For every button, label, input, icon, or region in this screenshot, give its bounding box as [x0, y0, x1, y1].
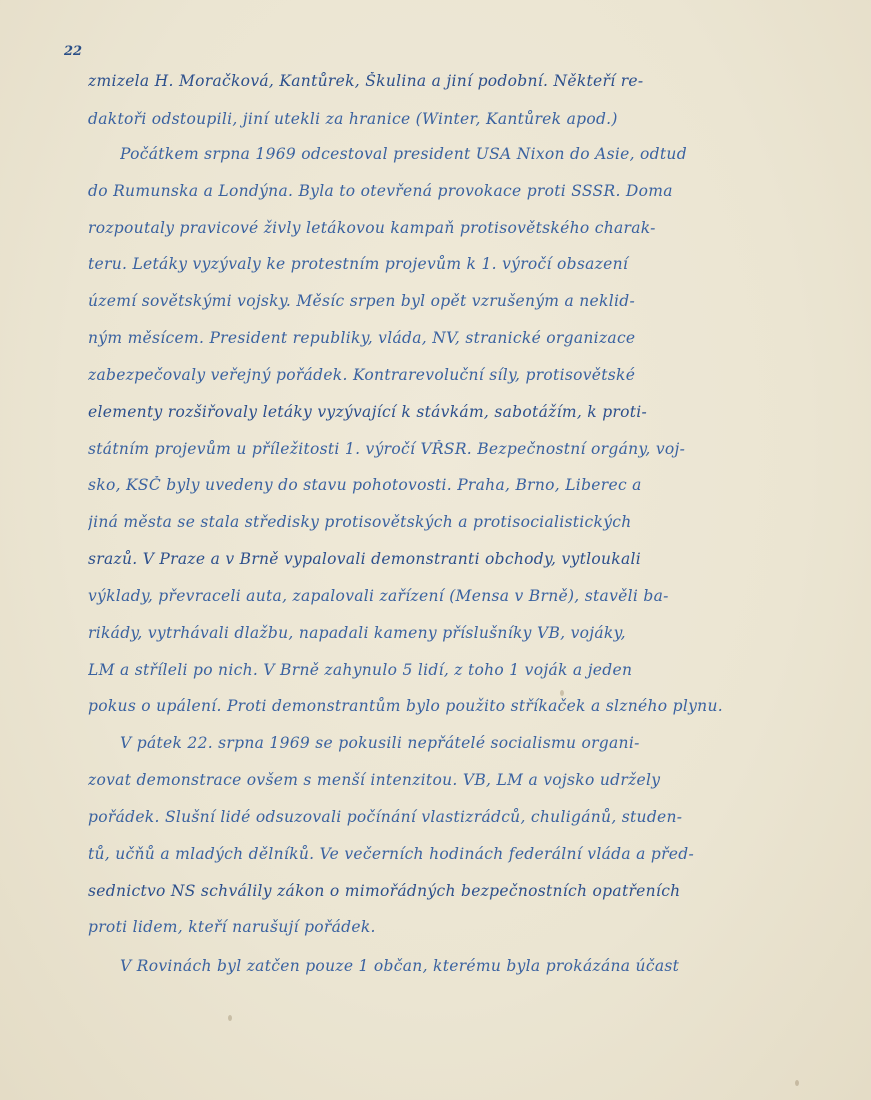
text-line-3: Počátkem srpna 1969 odcestoval president… [120, 145, 828, 163]
text-line-5: rozpoutaly pravicové živly letákovou kam… [88, 219, 828, 237]
text-line-22: tů, učňů a mladých dělníků. Ve večerních… [88, 845, 828, 863]
paper-smudge [228, 1015, 232, 1021]
text-line-16: rikády, vytrhávali dlažbu, napadali kame… [88, 624, 828, 642]
text-line-20: zovat demonstrace ovšem s menší intenzit… [88, 771, 828, 789]
page-number: 22 [64, 44, 82, 59]
text-line-18: pokus o upálení. Proti demonstrantům byl… [88, 697, 828, 715]
text-line-2: daktoři odstoupili, jiní utekli za hrani… [88, 110, 828, 128]
text-line-4: do Rumunska a Londýna. Byla to otevřená … [88, 182, 828, 200]
text-line-24: proti lidem, kteří narušují pořádek. [88, 918, 828, 936]
text-line-11: státním projevům u příležitosti 1. výroč… [88, 440, 828, 458]
text-line-12: sko, KSČ byly uvedeny do stavu pohotovos… [88, 476, 828, 494]
text-line-23: sednictvo NS schválily zákon o mimořádný… [88, 882, 828, 900]
text-line-1: zmizela H. Moračková, Kantůrek, Škulina … [88, 72, 828, 90]
text-line-25: V Rovinách byl zatčen pouze 1 občan, kte… [120, 957, 828, 975]
text-line-13: jiná města se stala středisky protisovět… [88, 513, 828, 531]
text-line-19: V pátek 22. srpna 1969 se pokusili nepřá… [120, 734, 828, 752]
text-line-17: LM a stříleli po nich. V Brně zahynulo 5… [88, 661, 828, 679]
paper-smudge [560, 690, 564, 696]
handwritten-chronicle-page: 22 zmizela H. Moračková, Kantůrek, Škuli… [0, 0, 871, 1100]
text-line-14: srazů. V Praze a v Brně vypalovali demon… [88, 550, 828, 568]
text-line-21: pořádek. Slušní lidé odsuzovali počínání… [88, 808, 828, 826]
text-line-6: teru. Letáky vyzývaly ke protestním proj… [88, 255, 828, 273]
paper-smudge [795, 1080, 799, 1086]
text-line-7: území sovětskými vojsky. Měsíc srpen byl… [88, 292, 828, 310]
text-line-8: ným měsícem. President republiky, vláda,… [88, 329, 828, 347]
text-line-9: zabezpečovaly veřejný pořádek. Kontrarev… [88, 366, 828, 384]
text-line-15: výklady, převraceli auta, zapalovali zař… [88, 587, 828, 605]
text-line-10: elementy rozšiřovaly letáky vyzývající k… [88, 403, 828, 421]
